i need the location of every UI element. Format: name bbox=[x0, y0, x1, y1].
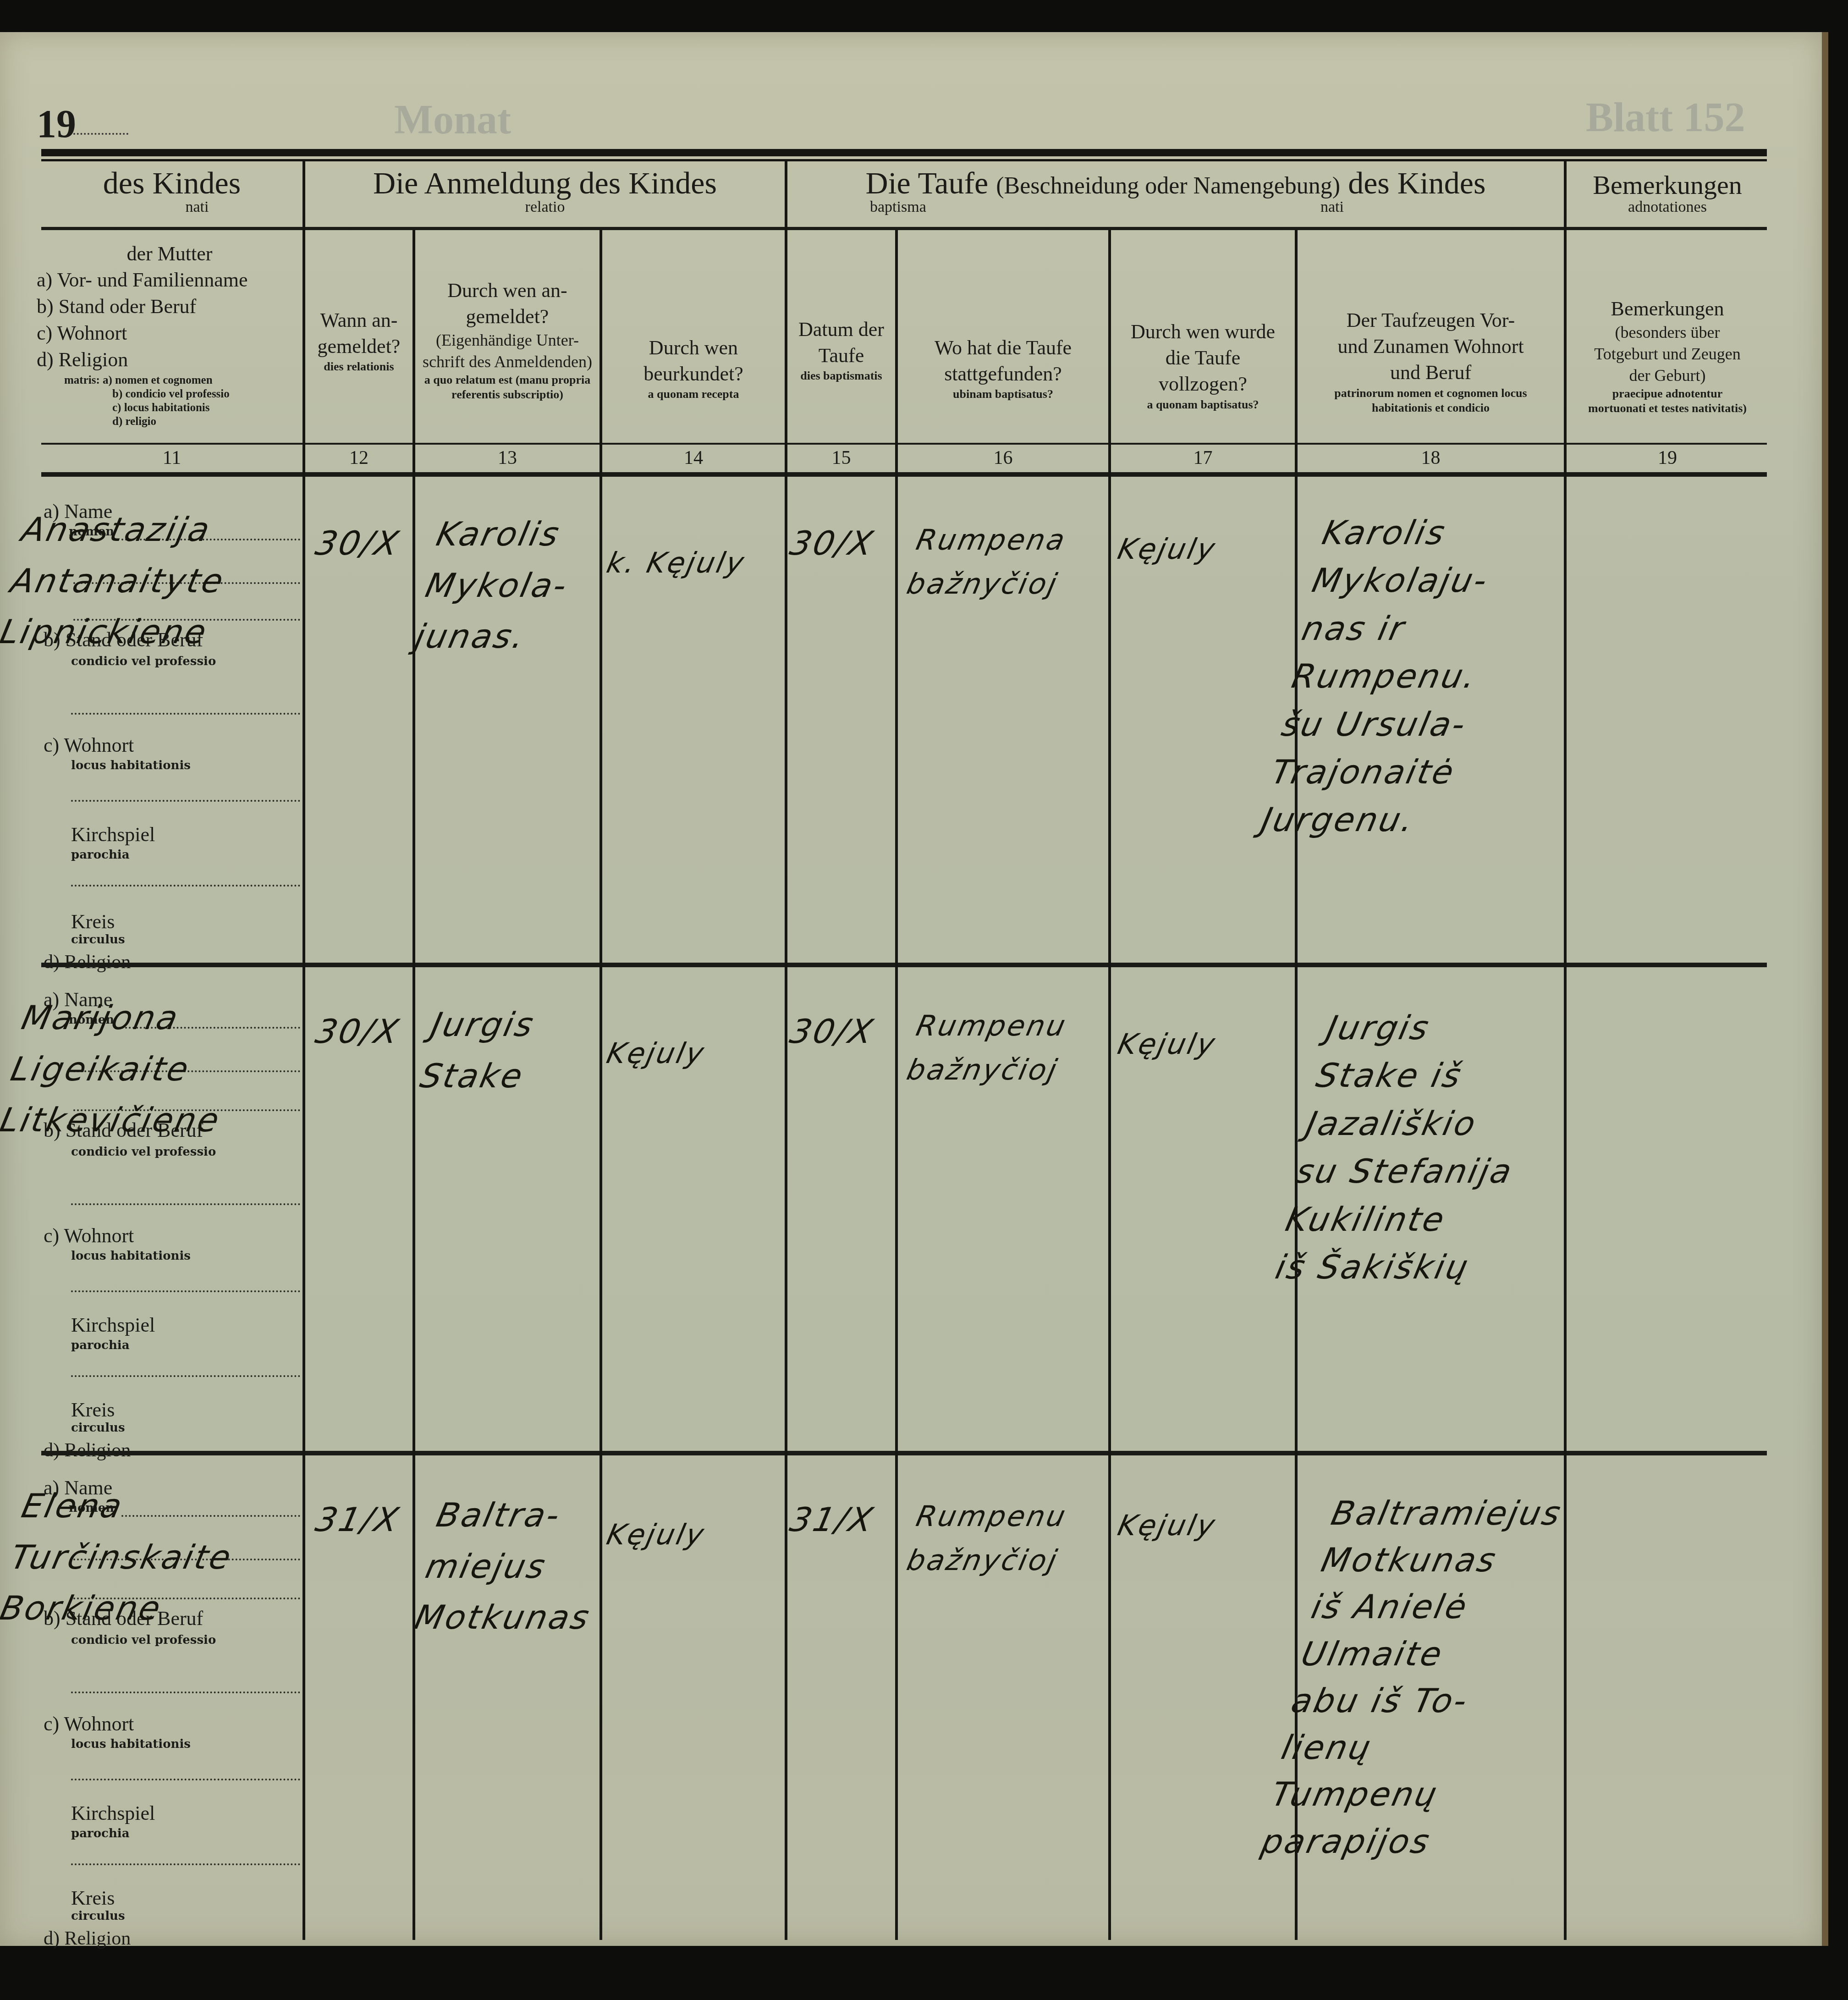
entry-divider-2 bbox=[41, 1451, 1767, 1455]
baptism-place: Rumpena bažnyčioj bbox=[903, 518, 1114, 606]
show-through-month: Monat bbox=[394, 96, 511, 143]
reported-date: 31/X bbox=[311, 1494, 405, 1546]
baptism-date: 30/X bbox=[785, 1006, 879, 1058]
baptized-by: Kęjuly bbox=[1114, 1022, 1297, 1066]
col-divider-16-17 bbox=[1108, 230, 1111, 1940]
colnum-18: 18 bbox=[1298, 447, 1564, 469]
col11-header: der Mutter a) Vor- und Familienname b) S… bbox=[37, 241, 302, 429]
stand-line bbox=[71, 713, 300, 715]
stand-line bbox=[71, 1203, 300, 1205]
wohnort-line bbox=[71, 1290, 300, 1292]
colnum-19: 19 bbox=[1567, 447, 1768, 469]
col-divider-12-13 bbox=[412, 230, 415, 1940]
baptized-by: Kęjuly bbox=[1114, 1504, 1297, 1548]
entry-divider-1 bbox=[41, 963, 1767, 967]
baptized-by: Kęjuly bbox=[1114, 527, 1297, 571]
col-divider-15-16 bbox=[895, 230, 898, 1940]
col-divider-13-14 bbox=[599, 230, 602, 1940]
col13-header: Durch wen an-gemeldet? (Eigenhändige Unt… bbox=[415, 277, 599, 402]
wohnort-line bbox=[71, 1779, 300, 1780]
baptism-date: 30/X bbox=[785, 518, 879, 569]
top-thin-rule bbox=[41, 159, 1767, 161]
stand-line bbox=[71, 1691, 300, 1693]
colnum-16: 16 bbox=[898, 447, 1108, 469]
year-blank-line bbox=[73, 133, 128, 135]
wohnort-line bbox=[71, 800, 300, 802]
register-page: 19 Monat Blatt 152 des Kindes nati Die A… bbox=[0, 32, 1828, 1946]
column-header-rule bbox=[41, 443, 1767, 445]
top-thick-rule bbox=[41, 149, 1767, 156]
reported-by: Karolis Mykola- junas. bbox=[410, 509, 612, 662]
godparents: Jurgis Stake iš Jazališkio su Stefanija … bbox=[1271, 1004, 1607, 1291]
colnum-17: 17 bbox=[1111, 447, 1295, 469]
kirchspiel-line bbox=[71, 1863, 300, 1865]
recorded-by: Kęjuly bbox=[603, 1031, 786, 1075]
mother-name: Anastazija Antanaityte Lipnickiene bbox=[0, 504, 321, 658]
col16-header: Wo hat die Taufe stattgefunden? ubinam b… bbox=[898, 335, 1108, 402]
section-bemerkungen: Bemerkungen adnotationes bbox=[1567, 172, 1768, 216]
mother-name: Elena Turčinskaite Borkiene bbox=[0, 1481, 321, 1634]
reported-date: 30/X bbox=[311, 1006, 405, 1058]
kirchspiel-line bbox=[71, 1375, 300, 1377]
colnum-12: 12 bbox=[305, 447, 412, 469]
column-number-rule bbox=[41, 472, 1767, 477]
show-through-sheet: Blatt 152 bbox=[1586, 94, 1745, 141]
baptism-place: Rumpenu bažnyčioj bbox=[903, 1494, 1114, 1582]
col12-header: Wann an-gemeldet? dies relationis bbox=[305, 307, 412, 375]
col19-header: Bemerkungen (besonders über Totgeburt un… bbox=[1567, 296, 1768, 416]
colnum-11: 11 bbox=[41, 447, 302, 469]
godparents: Baltramiejus Motkunas iš Anielė Ulmaite … bbox=[1257, 1490, 1612, 1865]
section-kindes: des Kindes nati bbox=[41, 167, 302, 216]
reported-by: Baltra- miejus Motkunas bbox=[410, 1490, 612, 1643]
col15-header: Datum der Taufe dies baptismatis bbox=[787, 316, 895, 384]
recorded-by: Kęjuly bbox=[603, 1513, 786, 1557]
year-prefix: 19 bbox=[37, 101, 76, 147]
section-header-rule bbox=[41, 227, 1767, 230]
section-anmeldung: Die Anmeldung des Kindes relatio bbox=[305, 167, 785, 216]
kirchspiel-line bbox=[71, 885, 300, 887]
recorded-by: k. Kęjuly bbox=[603, 541, 786, 585]
col18-header: Der Taufzeugen Vor- und Zunamen Wohnort … bbox=[1298, 307, 1564, 416]
colnum-14: 14 bbox=[602, 447, 785, 469]
col17-header: Durch wen wurde die Taufe vollzogen? a q… bbox=[1111, 319, 1295, 412]
reported-date: 30/X bbox=[311, 518, 405, 569]
colnum-15: 15 bbox=[787, 447, 895, 469]
section-taufe: Die Taufe (Beschneidung oder Namengebung… bbox=[787, 167, 1564, 216]
godparents: Karolis Mykolaju- nas ir Rumpenu. šu Urs… bbox=[1257, 509, 1621, 844]
col14-header: Durch wen beurkundet? a quonam recepta bbox=[602, 335, 785, 402]
baptism-date: 31/X bbox=[785, 1494, 879, 1546]
reported-by: Jurgis Stake bbox=[415, 999, 606, 1102]
baptism-place: Rumpenu bažnyčioj bbox=[903, 1004, 1114, 1092]
colnum-13: 13 bbox=[415, 447, 599, 469]
mother-name: Marijona Ligeikaite Litkevičiene bbox=[0, 992, 321, 1146]
